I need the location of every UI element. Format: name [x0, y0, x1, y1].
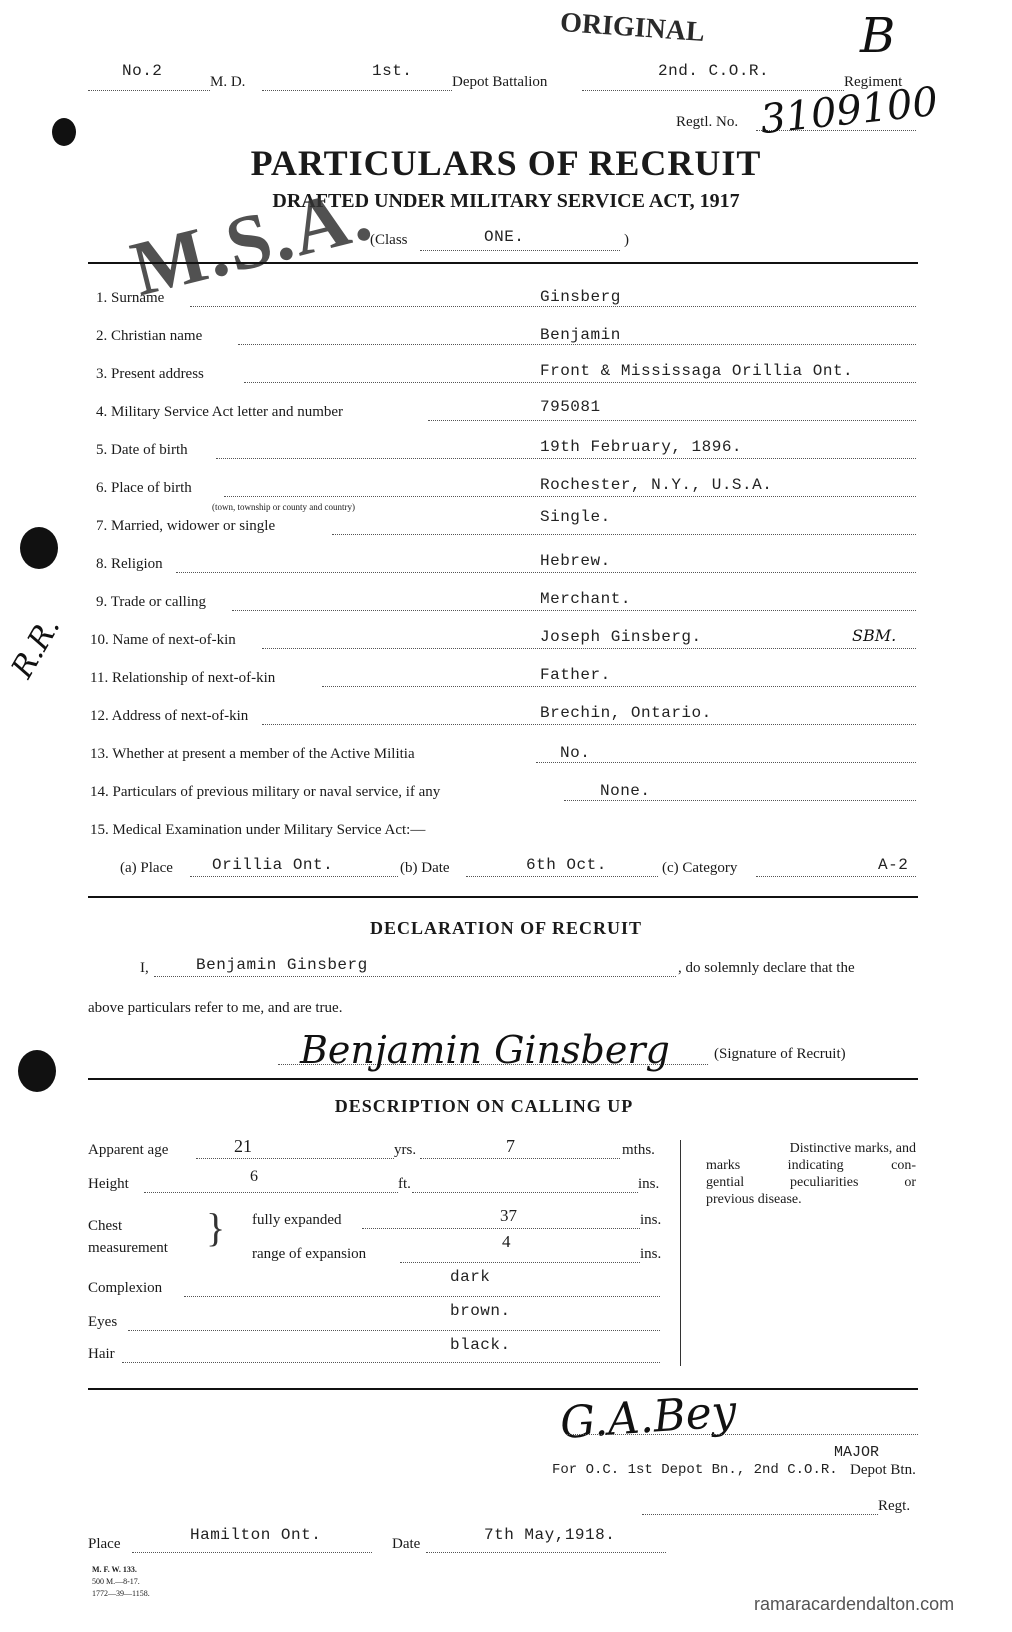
- field-value: 19th February, 1896.: [540, 438, 742, 456]
- complexion-dots: [184, 1296, 660, 1297]
- depot-btn-label: Depot Btn.: [850, 1462, 916, 1479]
- hair-value: black.: [450, 1336, 511, 1354]
- years-label: yrs.: [394, 1142, 416, 1159]
- field-value: Hebrew.: [540, 552, 611, 570]
- regt-dots: [642, 1514, 878, 1515]
- form-code-line: M. F. W. 133.: [92, 1564, 150, 1576]
- chest-label: Chest: [88, 1218, 122, 1235]
- officer-rank: MAJOR: [834, 1444, 879, 1461]
- footer-place-label: Place: [88, 1536, 120, 1553]
- field-dots: [262, 648, 916, 649]
- divider: [88, 262, 918, 264]
- page-subtitle: DRAFTED UNDER MILITARY SERVICE ACT, 1917: [0, 190, 1012, 213]
- field-value: None.: [600, 782, 651, 800]
- declaration-suffix: , do solemnly declare that the: [678, 960, 855, 977]
- md-dots: [88, 90, 210, 91]
- declaration-name-dots: [154, 976, 676, 977]
- corner-mark: B: [860, 8, 895, 64]
- medical-category-value: A-2: [878, 856, 908, 874]
- field-dots: [224, 496, 916, 497]
- md-value: No.2: [122, 62, 162, 80]
- marks-brace-line: [680, 1140, 681, 1366]
- eyes-label: Eyes: [88, 1314, 117, 1331]
- divider: [88, 1388, 918, 1390]
- field-dots: [428, 420, 916, 421]
- footer-date-dots: [426, 1552, 666, 1553]
- ins-label: ins.: [640, 1246, 661, 1263]
- height-dots: [144, 1192, 398, 1193]
- field-label: 13. Whether at present a member of the A…: [90, 746, 415, 763]
- field-label: 6. Place of birth: [96, 480, 192, 497]
- marks-line: Distinctive marks, and: [706, 1140, 916, 1157]
- medical-place-value: Orillia Ont.: [212, 856, 333, 874]
- range-expansion-dots: [400, 1262, 640, 1263]
- field-dots: [322, 686, 916, 687]
- field-label: 10. Name of next-of-kin: [90, 632, 236, 649]
- field-label: 15. Medical Examination under Military S…: [90, 822, 425, 839]
- medical-date-dots: [466, 876, 658, 877]
- field-value: Father.: [540, 666, 611, 684]
- initials-mark: SBM.: [852, 626, 896, 645]
- fully-expanded-dots: [362, 1228, 640, 1229]
- field-label: 14. Particulars of previous military or …: [90, 784, 440, 801]
- medical-category-dots: [756, 876, 916, 877]
- regiment-value: 2nd. C.O.R.: [658, 62, 769, 80]
- fully-expanded-value: 37: [500, 1206, 517, 1226]
- field-value: 795081: [540, 398, 601, 416]
- distinctive-marks-text: Distinctive marks, and marks indicating …: [706, 1140, 916, 1208]
- field-value: Brechin, Ontario.: [540, 704, 712, 722]
- field-value: Rochester, N.Y., U.S.A.: [540, 476, 772, 494]
- class-close: ): [624, 232, 629, 249]
- page-title: PARTICULARS OF RECRUIT: [0, 142, 1012, 184]
- form-code-line: 500 M.—8-17.: [92, 1576, 150, 1588]
- depot-value: 1st.: [372, 62, 412, 80]
- form-code-line: 1772—39—1158.: [92, 1588, 150, 1600]
- ins-label: ins.: [640, 1212, 661, 1229]
- complexion-value: dark: [450, 1268, 490, 1286]
- footer-date-label: Date: [392, 1536, 420, 1553]
- field-value: No.: [560, 744, 590, 762]
- footer-place-value: Hamilton Ont.: [190, 1526, 321, 1544]
- age-label: Apparent age: [88, 1142, 168, 1159]
- field-value: Benjamin: [540, 326, 621, 344]
- class-dots: [420, 250, 620, 251]
- form-code: M. F. W. 133. 500 M.—8-17. 1772—39—1158.: [92, 1564, 150, 1600]
- hair-label: Hair: [88, 1346, 115, 1363]
- class-value: ONE.: [484, 228, 524, 246]
- ins-label: ins.: [638, 1176, 659, 1193]
- signature-label: (Signature of Recruit): [714, 1046, 846, 1063]
- medical-category-label: (c) Category: [662, 860, 737, 877]
- field-label: 11. Relationship of next-of-kin: [90, 670, 275, 687]
- field-label: 9. Trade or calling: [96, 594, 206, 611]
- age-dots: [196, 1158, 394, 1159]
- divider: [88, 896, 918, 898]
- regiment-dots: [582, 90, 844, 91]
- range-expansion-label: range of expansion: [252, 1246, 366, 1263]
- field-dots: [216, 458, 916, 459]
- height-ft: 6: [250, 1168, 258, 1186]
- field-dots: [176, 572, 916, 573]
- md-label: M. D.: [210, 74, 245, 91]
- height-label: Height: [88, 1176, 129, 1193]
- field-dots: [244, 382, 916, 383]
- declaration-prefix: I,: [140, 960, 149, 977]
- field-label: 5. Date of birth: [96, 442, 188, 459]
- field-label: 1. Surname: [96, 290, 164, 307]
- footer-date-value: 7th May,1918.: [484, 1526, 615, 1544]
- officer-signature: G.A.Bey: [558, 1386, 738, 1449]
- regtl-label: Regtl. No.: [676, 114, 738, 131]
- medical-place-label: (a) Place: [120, 860, 173, 877]
- field-label: 8. Religion: [96, 556, 163, 573]
- margin-note: R.R.: [5, 611, 67, 684]
- complexion-label: Complexion: [88, 1280, 162, 1297]
- field-dots: [536, 762, 916, 763]
- field-value: Ginsberg: [540, 288, 621, 306]
- fully-expanded-label: fully expanded: [252, 1212, 342, 1229]
- field-dots: [262, 724, 916, 725]
- range-expansion-value: 4: [502, 1232, 511, 1252]
- watermark: ramaracardendalton.com: [754, 1594, 954, 1615]
- marks-line: gential peculiarities or: [706, 1174, 916, 1191]
- field-label: 12. Address of next-of-kin: [90, 708, 248, 725]
- chest-brace: }: [206, 1208, 225, 1248]
- field-label: 4. Military Service Act letter and numbe…: [96, 404, 343, 421]
- eyes-value: brown.: [450, 1302, 511, 1320]
- depot-label: Depot Battalion: [452, 74, 547, 91]
- chest-label-2: measurement: [88, 1240, 168, 1257]
- field-value: Front & Mississaga Orillia Ont.: [540, 362, 853, 380]
- age-years: 21: [234, 1136, 252, 1157]
- declaration-heading: DECLARATION OF RECRUIT: [0, 918, 1012, 939]
- field-label: 3. Present address: [96, 366, 204, 383]
- ins-dots: [412, 1192, 638, 1193]
- depot-dots: [262, 90, 452, 91]
- medical-date-label: (b) Date: [400, 860, 450, 877]
- footer-place-dots: [132, 1552, 372, 1553]
- marks-line: previous disease.: [706, 1191, 916, 1208]
- hair-dots: [122, 1362, 660, 1363]
- medical-date-value: 6th Oct.: [526, 856, 607, 874]
- description-heading: DESCRIPTION ON CALLING UP: [0, 1096, 968, 1117]
- officer-stamp-line: For O.C. 1st Depot Bn., 2nd C.O.R.: [552, 1462, 838, 1478]
- original-stamp: ORIGINAL: [559, 7, 706, 49]
- field-value: Joseph Ginsberg.: [540, 628, 702, 646]
- age-months: 7: [506, 1136, 515, 1157]
- field-note: (town, township or county and country): [212, 502, 355, 512]
- field-dots: [232, 610, 916, 611]
- recruit-signature: Benjamin Ginsberg: [300, 1028, 670, 1072]
- field-label: 2. Christian name: [96, 328, 202, 345]
- field-dots: [190, 306, 916, 307]
- punch-hole: [18, 1050, 56, 1092]
- months-label: mths.: [622, 1142, 655, 1159]
- officer-signature-dots: [566, 1434, 918, 1435]
- field-dots: [564, 800, 916, 801]
- months-dots: [420, 1158, 620, 1159]
- field-dots: [332, 534, 916, 535]
- declaration-name: Benjamin Ginsberg: [196, 956, 368, 974]
- medical-place-dots: [190, 876, 398, 877]
- field-label: 7. Married, widower or single: [96, 518, 275, 535]
- marks-line: marks indicating con-: [706, 1157, 916, 1174]
- ft-label: ft.: [398, 1176, 411, 1193]
- field-dots: [238, 344, 916, 345]
- eyes-dots: [128, 1330, 660, 1331]
- divider: [88, 1078, 918, 1080]
- field-value: Merchant.: [540, 590, 631, 608]
- regtl-value: 3109100: [758, 79, 940, 143]
- regt-label: Regt.: [878, 1498, 910, 1515]
- field-value: Single.: [540, 508, 611, 526]
- declaration-line2: above particulars refer to me, and are t…: [88, 1000, 342, 1017]
- punch-hole: [20, 527, 58, 569]
